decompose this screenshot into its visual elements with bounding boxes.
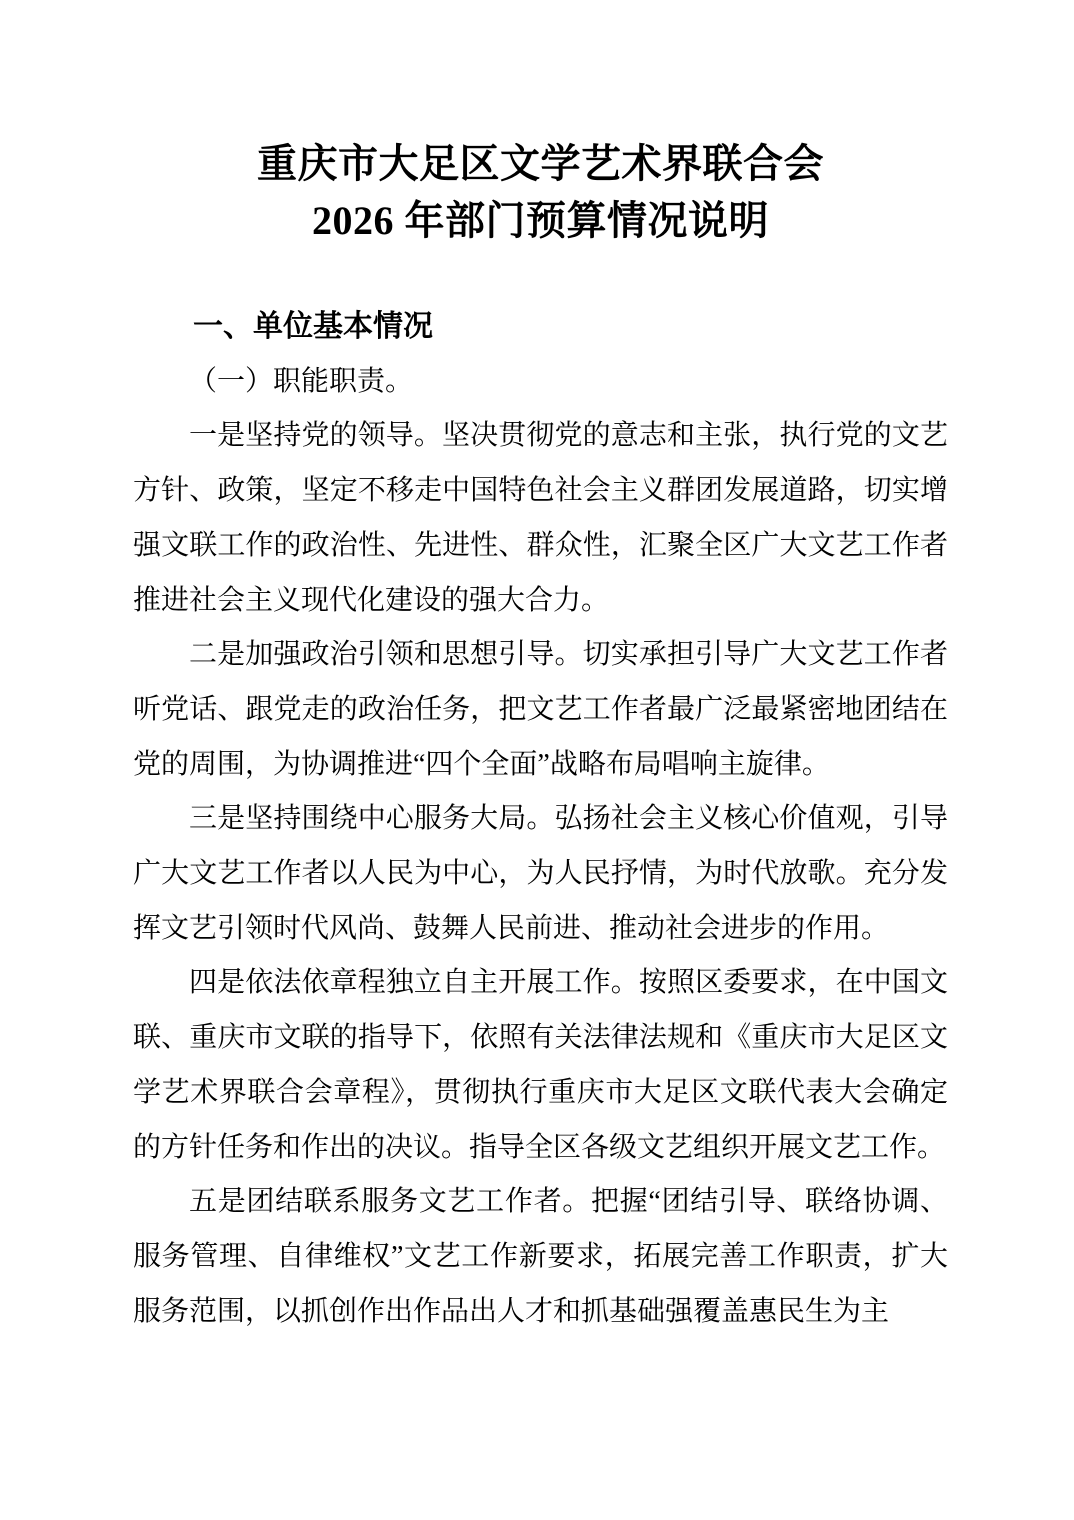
paragraph-duty-5: 五是团结联系服务文艺工作者。把握“团结引导、联络协调、服务管理、自律维权”文艺工…	[133, 1175, 948, 1339]
paragraph-duty-4: 四是依法依章程独立自主开展工作。按照区委要求，在中国文联、重庆市文联的指导下，依…	[133, 956, 948, 1175]
document-body: 一、单位基本情况 （一）职能职责。 一是坚持党的领导。坚决贯彻党的意志和主张，执…	[133, 300, 948, 1339]
section-heading-unit-basic-info: 一、单位基本情况	[133, 300, 948, 355]
document-title: 重庆市大足区文学艺术界联合会 2026 年部门预算情况说明	[133, 135, 948, 249]
document-title-line2: 2026 年部门预算情况说明	[133, 192, 948, 249]
paragraph-duty-2: 二是加强政治引领和思想引导。切实承担引导广大文艺工作者听党话、跟党走的政治任务，…	[133, 628, 948, 792]
document-page: 重庆市大足区文学艺术界联合会 2026 年部门预算情况说明 一、单位基本情况 （…	[0, 0, 1074, 1520]
document-title-line1: 重庆市大足区文学艺术界联合会	[133, 135, 948, 192]
paragraph-subsection-duties-label: （一）职能职责。	[133, 355, 948, 410]
paragraph-duty-1: 一是坚持党的领导。坚决贯彻党的意志和主张，执行党的文艺方针、政策，坚定不移走中国…	[133, 409, 948, 628]
paragraph-duty-3: 三是坚持围绕中心服务大局。弘扬社会主义核心价值观，引导广大文艺工作者以人民为中心…	[133, 792, 948, 956]
